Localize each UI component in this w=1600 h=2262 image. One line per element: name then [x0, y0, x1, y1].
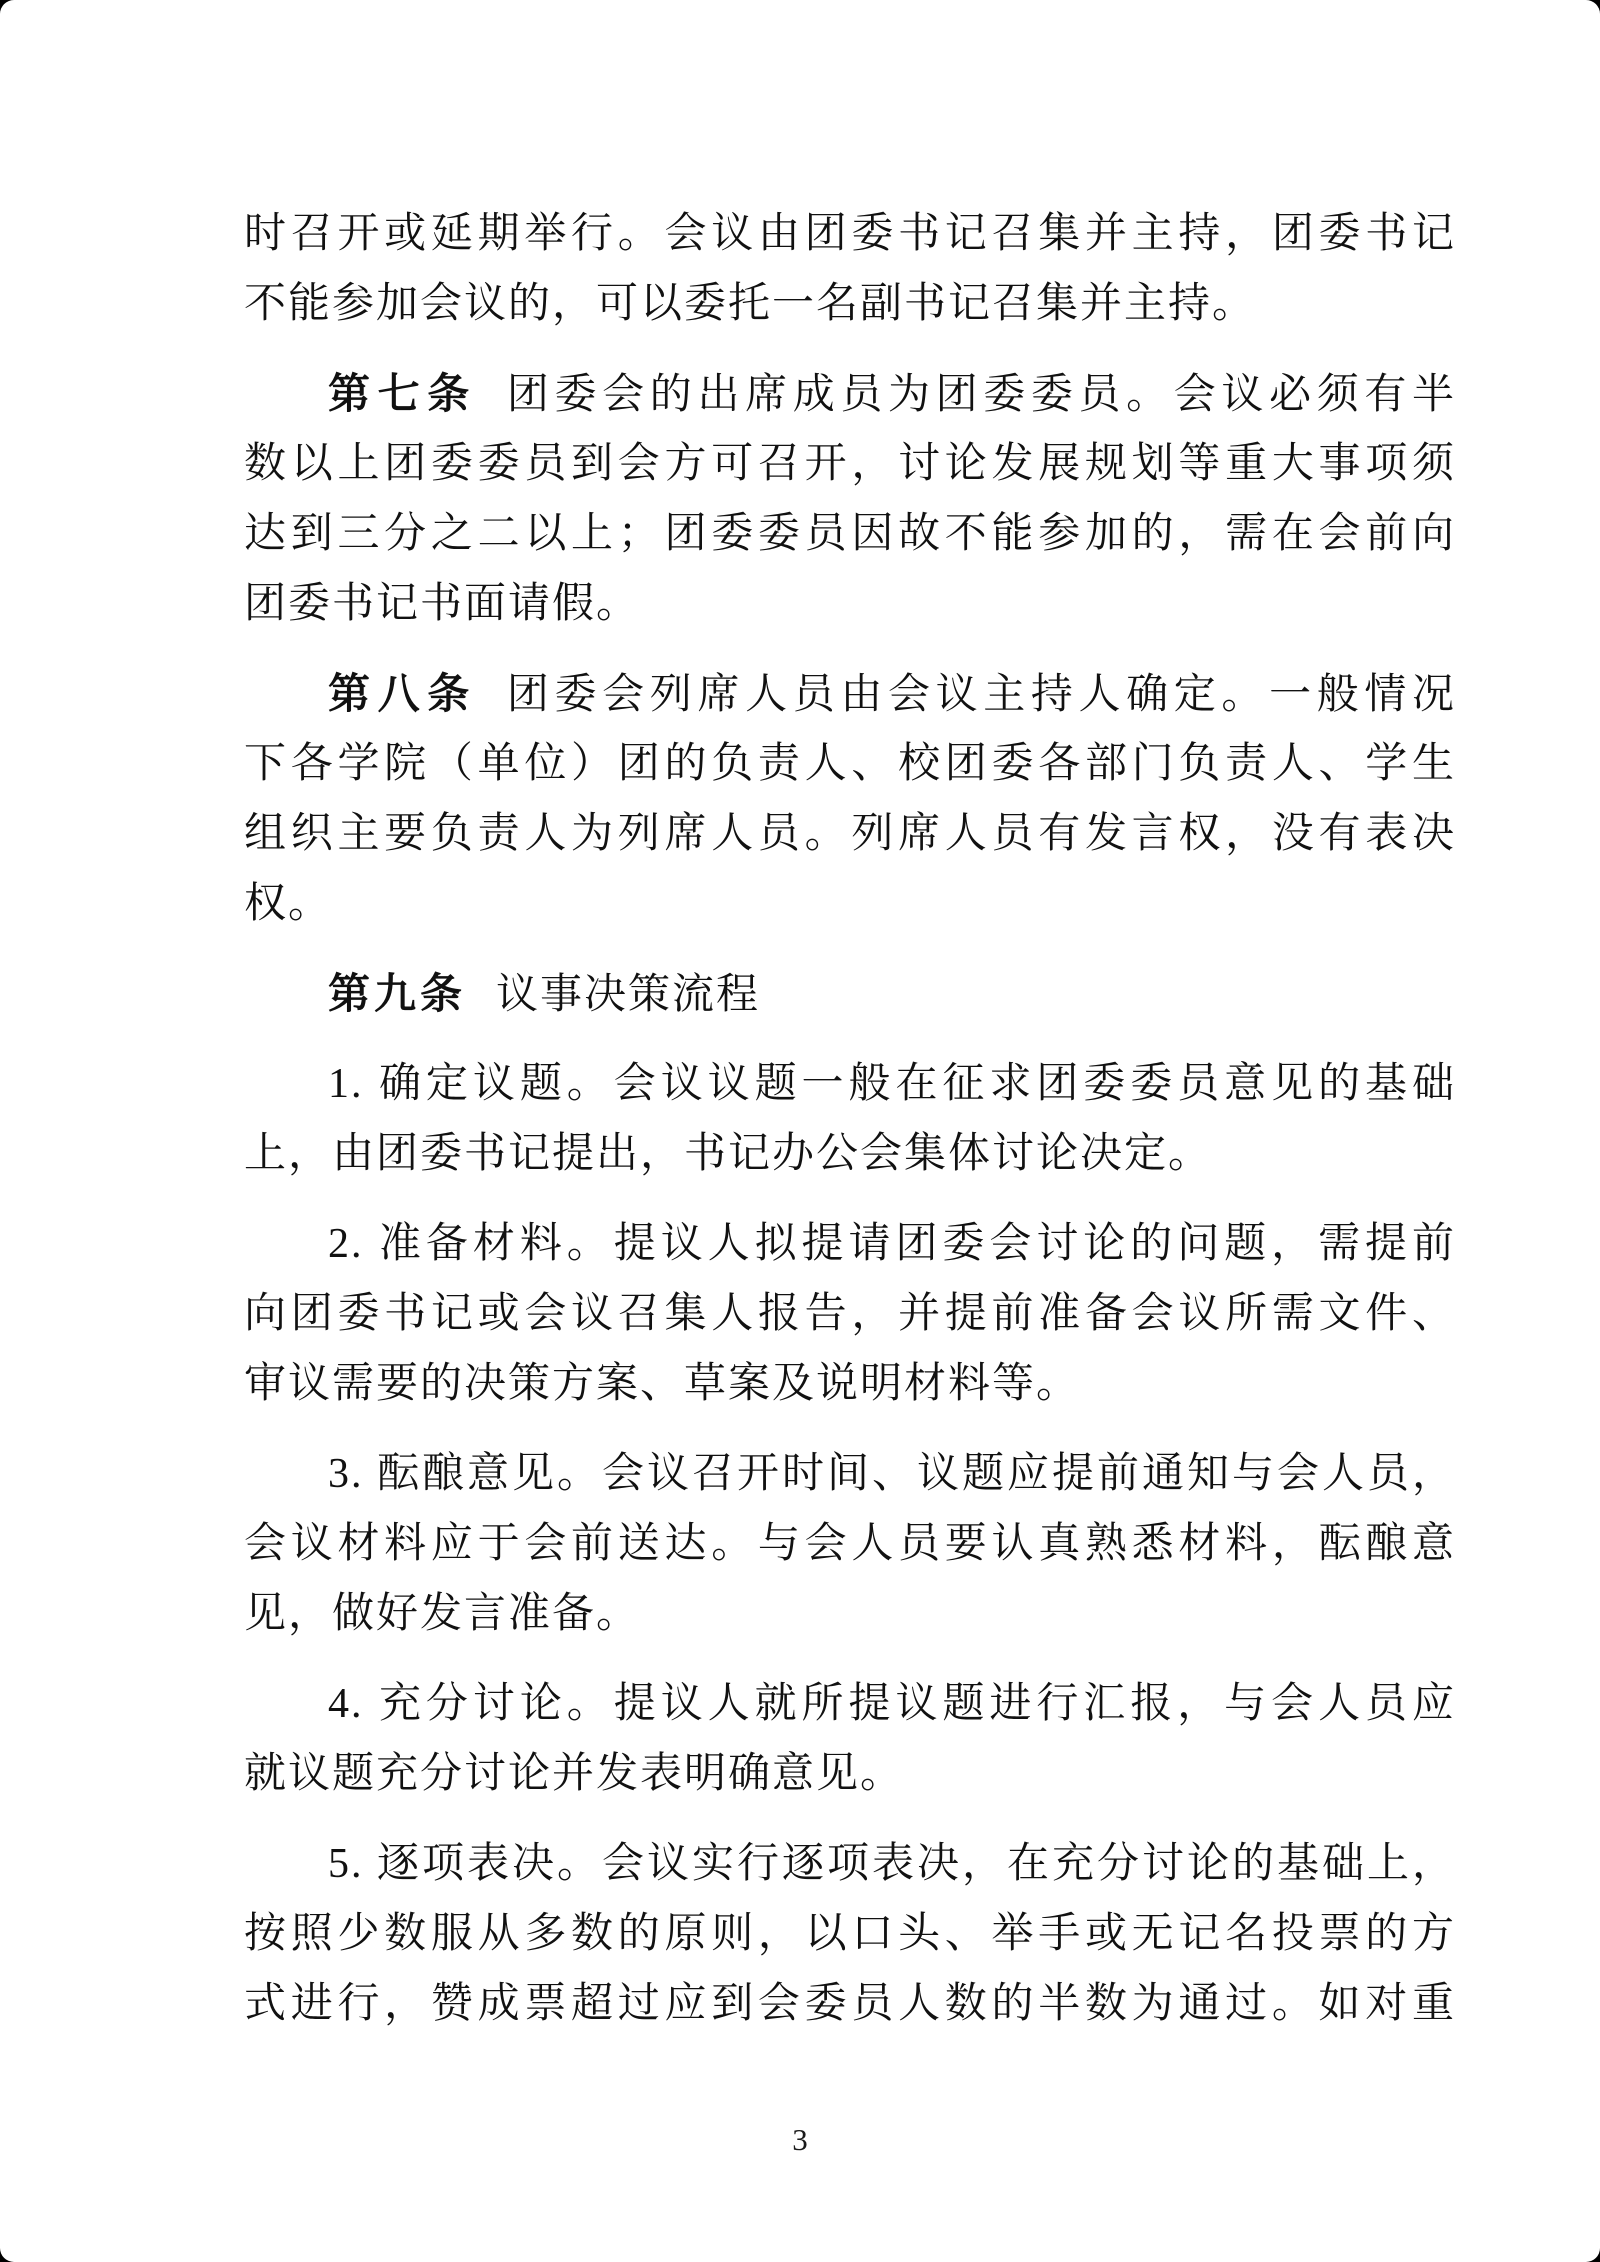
article-heading: 第九条 — [328, 970, 466, 1017]
text-line: 第九条议事决策流程 — [244, 959, 1456, 1029]
text-line: 2. 准备材料。提议人拟提请团委会讨论的问题，需提前 — [244, 1209, 1456, 1279]
paragraph: 第七条团委会的出席成员为团委委员。会议必须有半数以上团委委员到会方可召开，讨论发… — [244, 359, 1456, 639]
text-line: 第八条团委会列席人员由会议主持人确定。一般情况 — [244, 659, 1456, 729]
paragraph: 1. 确定议题。会议议题一般在征求团委委员意见的基础上，由团委书记提出，书记办公… — [244, 1049, 1456, 1189]
paragraph: 第九条议事决策流程 — [244, 959, 1456, 1029]
text-line: 达到三分之二以上；团委委员因故不能参加的，需在会前向 — [244, 499, 1456, 569]
article-heading: 第七条 — [328, 370, 477, 417]
text-line: 团委书记书面请假。 — [244, 569, 1456, 639]
text-line: 4. 充分讨论。提议人就所提议题进行汇报，与会人员应 — [244, 1669, 1456, 1739]
text-line: 见，做好发言准备。 — [244, 1579, 1456, 1649]
text-line: 3. 酝酿意见。会议召开时间、议题应提前通知与会人员， — [244, 1439, 1456, 1509]
text-line: 权。 — [244, 869, 1456, 939]
text-line: 审议需要的决策方案、草案及说明材料等。 — [244, 1349, 1456, 1419]
text-line: 会议材料应于会前送达。与会人员要认真熟悉材料，酝酿意 — [244, 1509, 1456, 1579]
text-line: 1. 确定议题。会议议题一般在征求团委委员意见的基础 — [244, 1049, 1456, 1119]
paragraph: 第八条团委会列席人员由会议主持人确定。一般情况下各学院（单位）团的负责人、校团委… — [244, 659, 1456, 939]
document-page: 时召开或延期举行。会议由团委书记召集并主持，团委书记不能参加会议的，可以委托一名… — [0, 0, 1600, 2262]
text-line: 式进行，赞成票超过应到会委员人数的半数为通过。如对重 — [244, 1969, 1456, 2039]
text-line: 5. 逐项表决。会议实行逐项表决，在充分讨论的基础上， — [244, 1829, 1456, 1899]
paragraph: 时召开或延期举行。会议由团委书记召集并主持，团委书记不能参加会议的，可以委托一名… — [244, 199, 1456, 339]
text-line: 第七条团委会的出席成员为团委委员。会议必须有半 — [244, 359, 1456, 429]
paragraph: 5. 逐项表决。会议实行逐项表决，在充分讨论的基础上，按照少数服从多数的原则，以… — [244, 1829, 1456, 2039]
paragraph: 3. 酝酿意见。会议召开时间、议题应提前通知与会人员，会议材料应于会前送达。与会… — [244, 1439, 1456, 1649]
text-line: 不能参加会议的，可以委托一名副书记召集并主持。 — [244, 269, 1456, 339]
text-line: 按照少数服从多数的原则，以口头、举手或无记名投票的方 — [244, 1899, 1456, 1969]
paragraph: 4. 充分讨论。提议人就所提议题进行汇报，与会人员应就议题充分讨论并发表明确意见… — [244, 1669, 1456, 1809]
paragraph: 2. 准备材料。提议人拟提请团委会讨论的问题，需提前向团委书记或会议召集人报告，… — [244, 1209, 1456, 1419]
page-number: 3 — [0, 2122, 1600, 2158]
text-line: 就议题充分讨论并发表明确意见。 — [244, 1739, 1456, 1809]
article-heading: 第八条 — [328, 670, 477, 717]
text-line: 上，由团委书记提出，书记办公会集体讨论决定。 — [244, 1119, 1456, 1189]
text-line: 时召开或延期举行。会议由团委书记召集并主持，团委书记 — [244, 199, 1456, 269]
document-body: 时召开或延期举行。会议由团委书记召集并主持，团委书记不能参加会议的，可以委托一名… — [0, 0, 1600, 2039]
text-line: 组织主要负责人为列席人员。列席人员有发言权，没有表决 — [244, 799, 1456, 869]
text-line: 数以上团委委员到会方可召开，讨论发展规划等重大事项须 — [244, 429, 1456, 499]
text-line: 下各学院（单位）团的负责人、校团委各部门负责人、学生 — [244, 729, 1456, 799]
text-line: 向团委书记或会议召集人报告，并提前准备会议所需文件、 — [244, 1279, 1456, 1349]
